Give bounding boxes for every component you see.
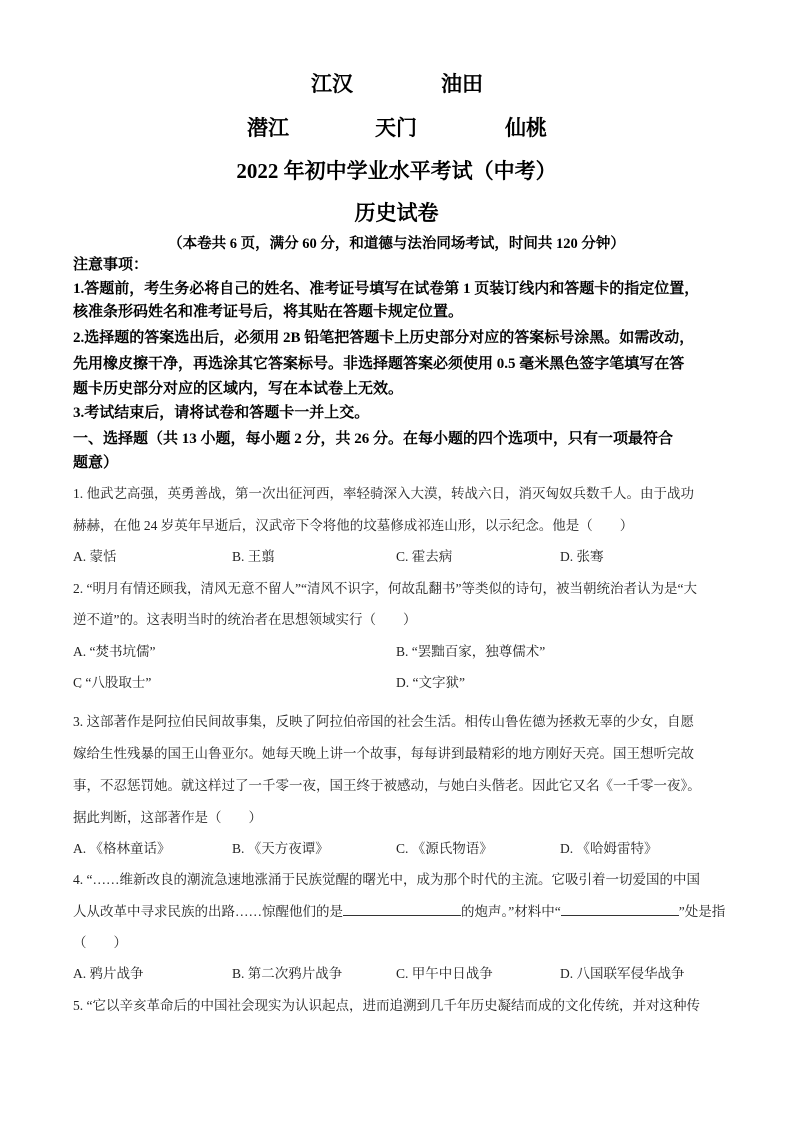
- question-text-part: ”处是指: [679, 904, 726, 919]
- option-d[interactable]: D. 张骞: [560, 545, 604, 565]
- question-text: 5. “它以辛亥革命后的中国社会现实为认识起点，进而追溯到几千年历史凝结而成的文…: [73, 994, 700, 1014]
- option-c[interactable]: C. 《源氏物语》: [396, 837, 493, 857]
- region-tianmen: 天门: [375, 112, 417, 142]
- region-youtian: 油田: [441, 68, 483, 98]
- option-c[interactable]: C “八股取士”: [73, 671, 151, 691]
- region-xiantao: 仙桃: [505, 112, 547, 142]
- section-heading: 一、选择题（共 13 小题，每小题 2 分，共 26 分。在每小题的四个选项中，…: [73, 428, 673, 450]
- option-d[interactable]: D. “文字狱”: [396, 671, 465, 691]
- stray-mark: [79, 686, 81, 688]
- option-a[interactable]: A. 《格林童话》: [73, 837, 171, 857]
- region-jianghan: 江汉: [311, 68, 353, 98]
- option-b[interactable]: B. 《天方夜谭》: [232, 837, 329, 857]
- region-qianjiang: 潜江: [247, 112, 289, 142]
- question-text: 3. 这部著作是阿拉伯民间故事集，反映了阿拉伯帝国的社会生活。相传山鲁佐德为拯救…: [73, 710, 694, 730]
- question-text: 赫赫，在他 24 岁英年早逝后，汉武帝下令将他的坟墓修成祁连山形，以示纪念。他是…: [73, 514, 633, 534]
- exam-title: 2022 年初中学业水平考试（中考）: [0, 155, 793, 185]
- question-text: 2. “明月有情还顾我，清风无意不留人”“清风不识字，何故乱翻书”等类似的诗句，…: [73, 577, 697, 597]
- question-text: 1. 他武艺高强，英勇善战，第一次出征河西，率轻骑深入大漠，转战六日，消灭匈奴兵…: [73, 482, 694, 502]
- question-text-part: 的炮声。”材料中“: [461, 904, 561, 919]
- option-a[interactable]: A. “焚书坑儒”: [73, 640, 155, 660]
- option-a[interactable]: A. 鸦片战争: [73, 962, 144, 982]
- question-text: 据此判断，这部著作是（ ）: [73, 806, 262, 826]
- question-text: 人从改革中寻求民族的出路……惊醒他们的是的炮声。”材料中“”处是指: [73, 900, 725, 920]
- fill-blank: [343, 901, 461, 916]
- notice-line: 题卡历史部分对应的区域内，写在本试卷上无效。: [73, 378, 403, 400]
- notice-line: 3.考试结束后，请将试卷和答题卡一并上交。: [73, 402, 369, 424]
- exam-page: 江汉 油田 潜江 天门 仙桃 2022 年初中学业水平考试（中考） 历史试卷 （…: [0, 0, 793, 1122]
- subject-title: 历史试卷: [0, 197, 793, 227]
- question-text: 事，不忍惩罚她。就这样过了一千零一夜，国王终于被感动，与她白头偕老。因此它又名《…: [73, 774, 701, 794]
- question-text-part: 人从改革中寻求民族的出路……惊醒他们的是: [73, 904, 343, 919]
- option-b[interactable]: B. 第二次鸦片战争: [232, 962, 342, 982]
- question-text: 逆不道”的。这表明当时的统治者在思想领域实行（ ）: [73, 608, 417, 628]
- notice-line: 先用橡皮擦干净，再选涂其它答案标号。非选择题答案必须使用 0.5 毫米黑色签字笔…: [73, 353, 684, 375]
- fill-blank: [561, 901, 679, 916]
- section-heading-cont: 题意）: [73, 452, 118, 474]
- option-d[interactable]: D. 八国联军侵华战争: [560, 962, 685, 982]
- option-a[interactable]: A. 蒙恬: [73, 545, 117, 565]
- option-c[interactable]: C. 霍去病: [396, 545, 452, 565]
- notice-line: 核准条形码姓名和准考证号后，将其贴在答题卡规定位置。: [73, 301, 463, 323]
- option-d[interactable]: D. 《哈姆雷特》: [560, 837, 658, 857]
- notice-heading: 注意事项：: [73, 254, 148, 276]
- question-text: （ ）: [73, 931, 127, 951]
- option-c[interactable]: C. 甲午中日战争: [396, 962, 493, 982]
- question-text: 嫁给生性残暴的国王山鲁亚尔。她每天晚上讲一个故事，每每讲到最精彩的地方刚好天亮。…: [73, 742, 694, 762]
- exam-subtitle: （本卷共 6 页，满分 60 分，和道德与法治同场考试，时间共 120 分钟）: [0, 232, 793, 253]
- option-b[interactable]: B. “罢黜百家，独尊儒术”: [396, 640, 545, 660]
- notice-line: 1.答题前，考生务必将自己的姓名、准考证号填写在试卷第 1 页装订线内和答题卡的…: [73, 278, 699, 300]
- notice-line: 2.选择题的答案选出后，必须用 2B 铅笔把答题卡上历史部分对应的答案标号涂黑。…: [73, 327, 694, 349]
- option-b[interactable]: B. 王翦: [232, 545, 275, 565]
- question-text: 4. “……维新改良的潮流急速地涨涌于民族觉醒的曙光中，成为那个时代的主流。它吸…: [73, 868, 700, 888]
